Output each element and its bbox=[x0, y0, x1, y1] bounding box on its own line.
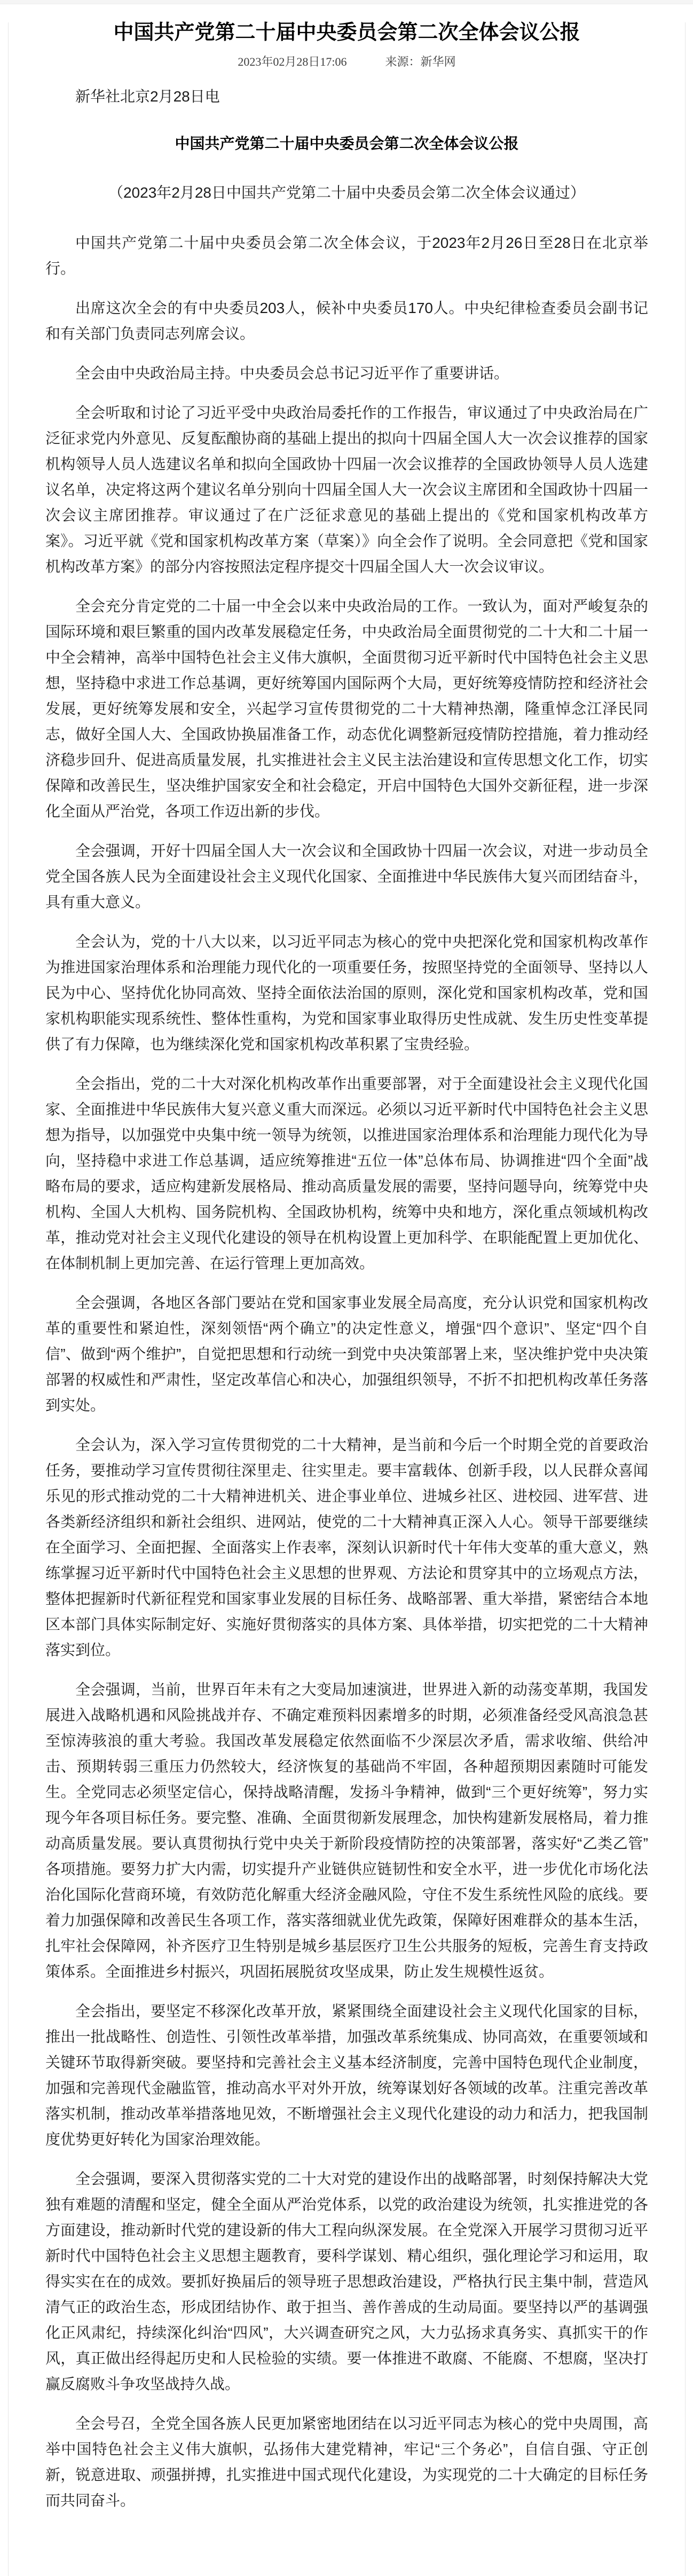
paragraph: 全会强调，要深入贯彻落实党的二十大对党的建设作出的战略部署，时刻保持解决大党独有… bbox=[45, 2166, 648, 2397]
paragraph: 全会强调，各地区各部门要站在党和国家事业发展全局高度，充分认识党和国家机构改革的… bbox=[45, 1290, 648, 1418]
page-top-divider bbox=[0, 0, 693, 4]
paragraph: 出席这次全会的有中央委员203人，候补中央委员170人。中央纪律检查委员会副书记… bbox=[45, 295, 648, 347]
article-page-container: 中国共产党第二十届中央委员会第二次全体会议公报 2023年02月28日17:06… bbox=[8, 22, 686, 2576]
communique-adoption-note: （2023年2月28日中国共产党第二十届中央委员会第二次全体会议通过） bbox=[45, 180, 648, 206]
paragraph: 全会由中央政治局主持。中央委员会总书记习近平作了重要讲话。 bbox=[45, 361, 648, 386]
publish-datetime: 2023年02月28日17:06 bbox=[238, 55, 346, 68]
article-meta: 2023年02月28日17:06来源：新华网 bbox=[45, 54, 648, 70]
page-title: 中国共产党第二十届中央委员会第二次全体会议公报 bbox=[45, 22, 648, 43]
paragraph: 全会号召，全党全国各族人民更加紧密地团结在以习近平同志为核心的党中央周围，高举中… bbox=[45, 2411, 648, 2513]
article-body: 新华社北京2月28日电 中国共产党第二十届中央委员会第二次全体会议公报 （202… bbox=[45, 84, 648, 2513]
news-agency-dateline: 新华社北京2月28日电 bbox=[45, 84, 648, 110]
paragraph: 全会认为，党的十八大以来，以习近平同志为核心的党中央把深化党和国家机构改革作为推… bbox=[45, 929, 648, 1057]
paragraph: 全会听取和讨论了习近平受中央政治局委托作的工作报告，审议通过了中央政治局在广泛征… bbox=[45, 400, 648, 580]
paragraph: 全会强调，开好十四届全国人大一次会议和全国政协十四届一次会议，对进一步动员全党全… bbox=[45, 838, 648, 915]
source-label: 来源：新华网 bbox=[385, 55, 456, 68]
paragraph: 全会指出，要坚定不移深化改革开放，紧紧围绕全面建设社会主义现代化国家的目标，推出… bbox=[45, 1999, 648, 2152]
paragraph: 全会强调，当前，世界百年未有之大变局加速演进，世界进入新的动荡变革期，我国发展进… bbox=[45, 1677, 648, 1985]
paragraph: 全会认为，深入学习宣传贯彻党的二十大精神，是当前和今后一个时期全党的首要政治任务… bbox=[45, 1432, 648, 1663]
paragraph: 中国共产党第二十届中央委员会第二次全体会议，于2023年2月26日至28日在北京… bbox=[45, 230, 648, 282]
paragraph: 全会充分肯定党的二十届一中全会以来中央政治局的工作。一致认为，面对严峻复杂的国际… bbox=[45, 594, 648, 824]
communique-subtitle: 中国共产党第二十届中央委员会第二次全体会议公报 bbox=[45, 131, 648, 157]
paragraph: 全会指出，党的二十大对深化机构改革作出重要部署，对于全面建设社会主义现代化国家、… bbox=[45, 1071, 648, 1276]
